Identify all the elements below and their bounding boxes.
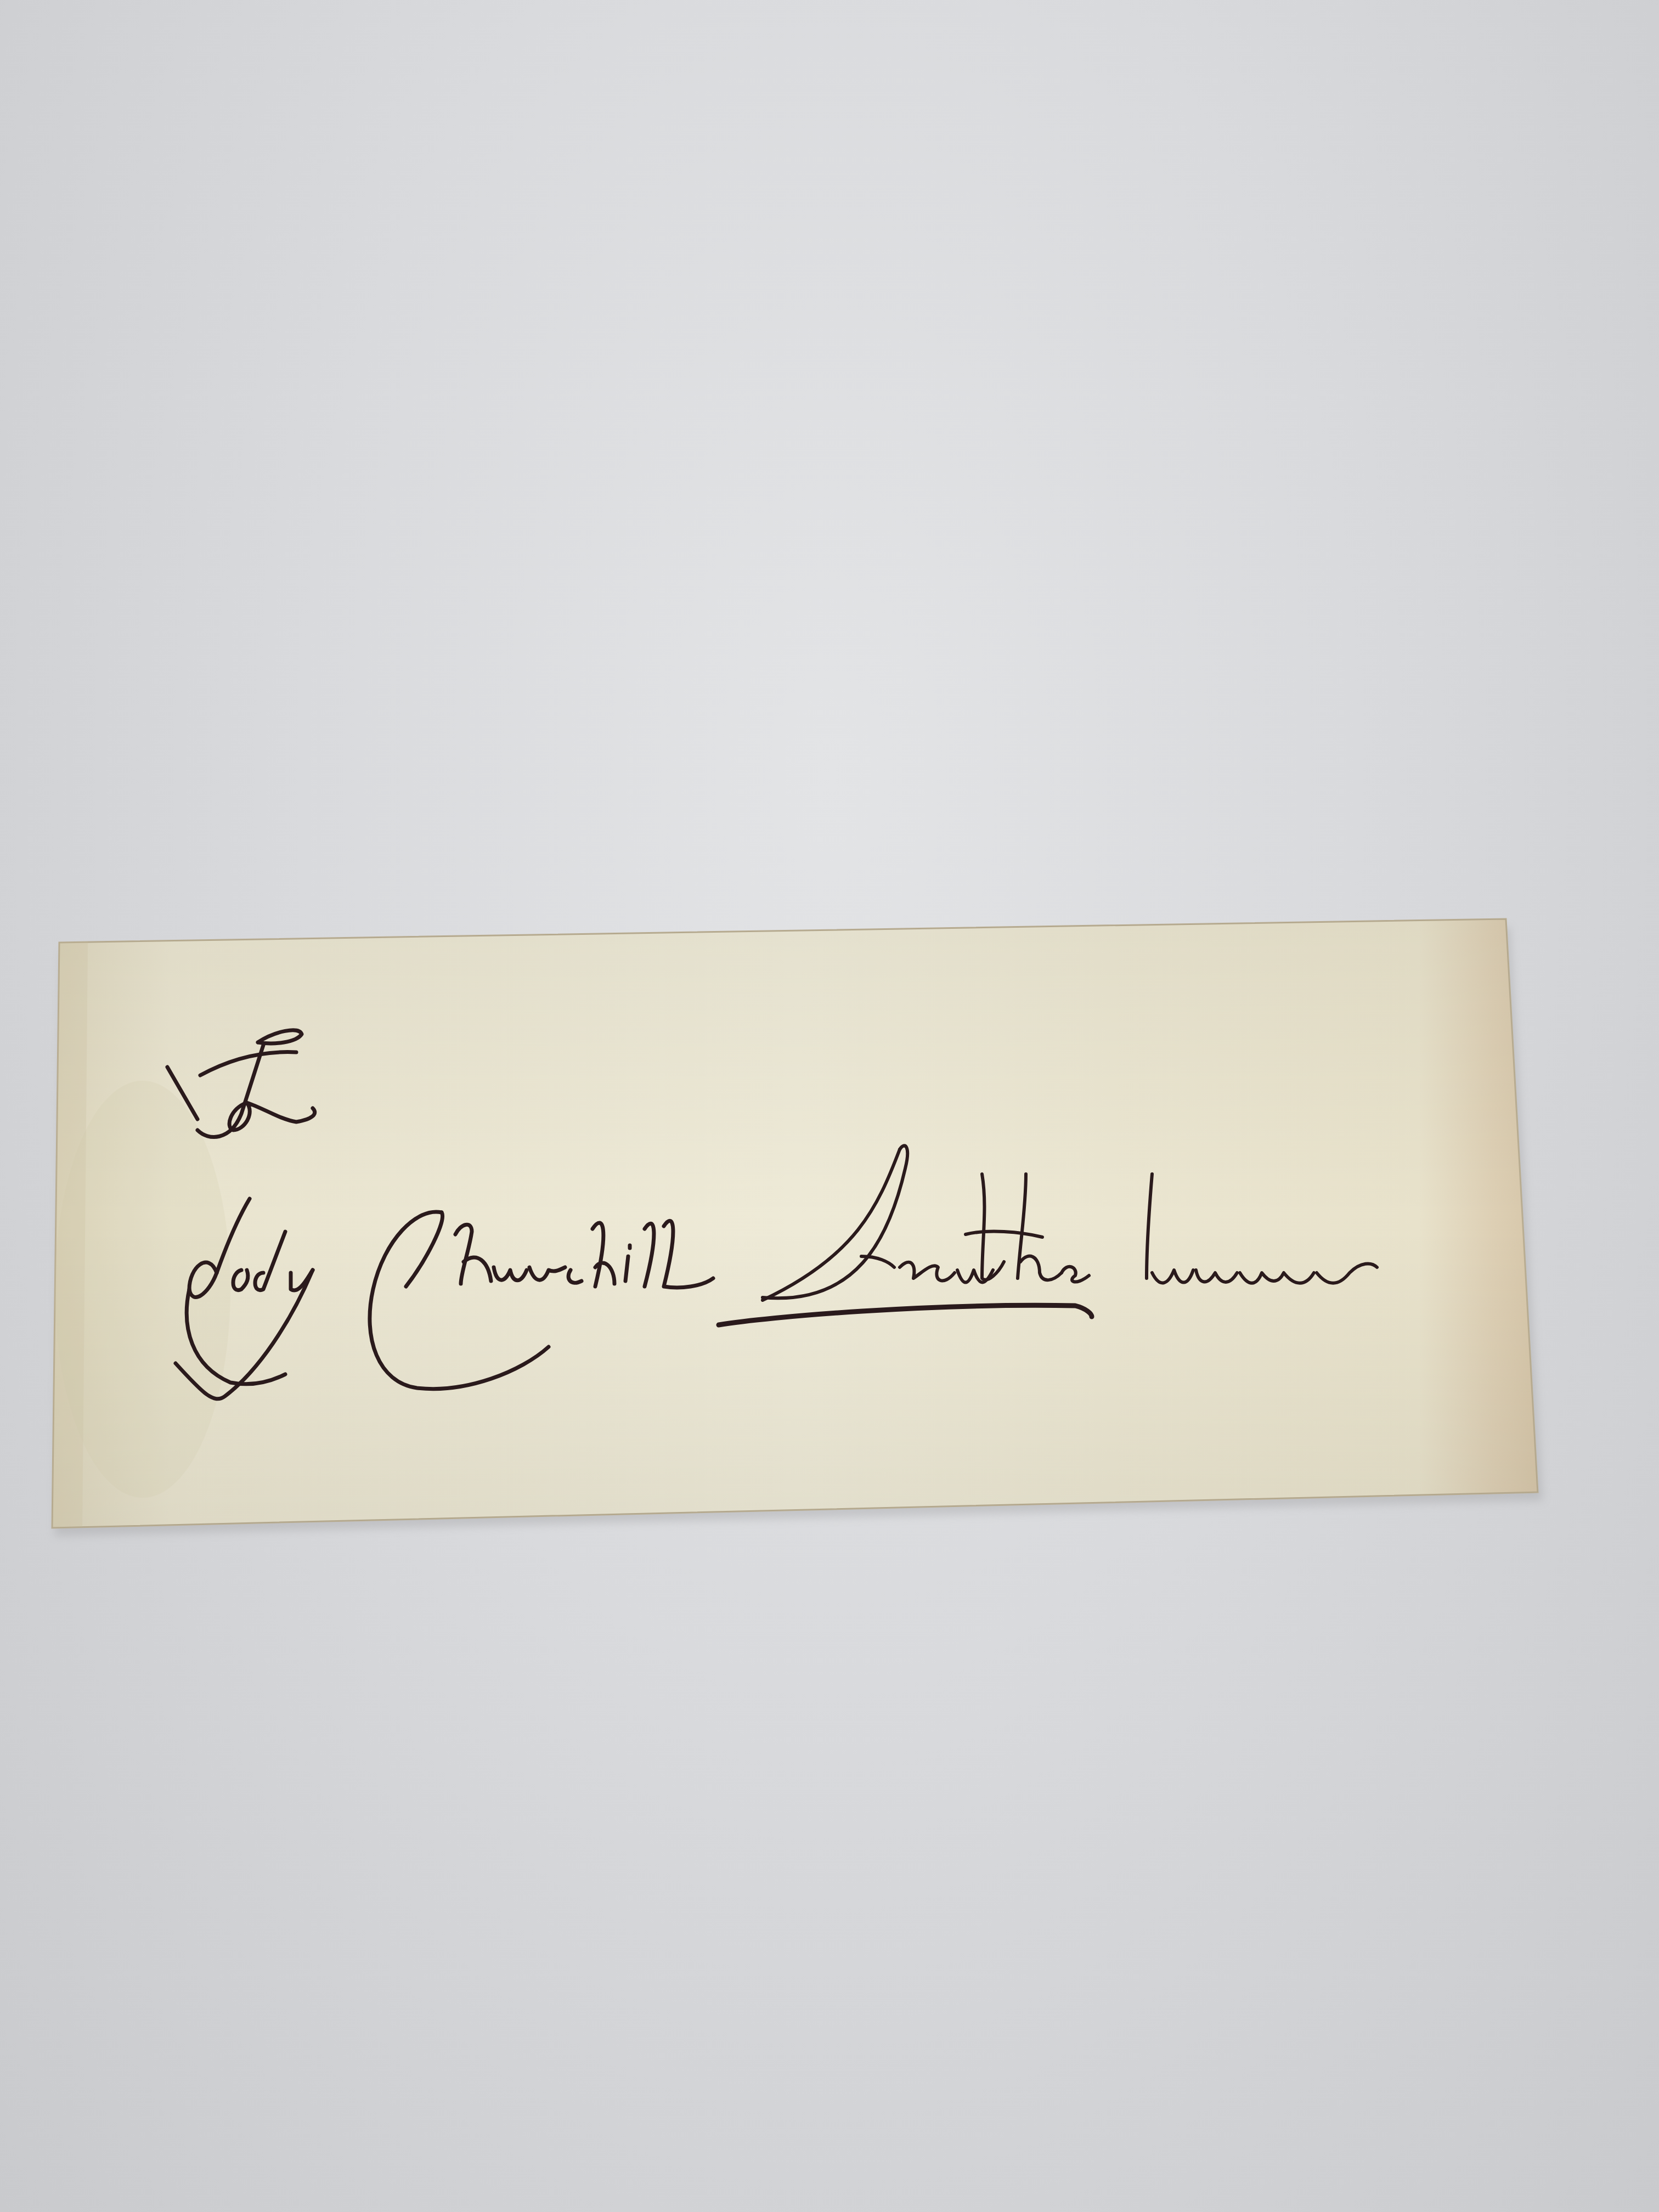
photo-scene [0,0,1659,2212]
card [52,919,1538,1528]
